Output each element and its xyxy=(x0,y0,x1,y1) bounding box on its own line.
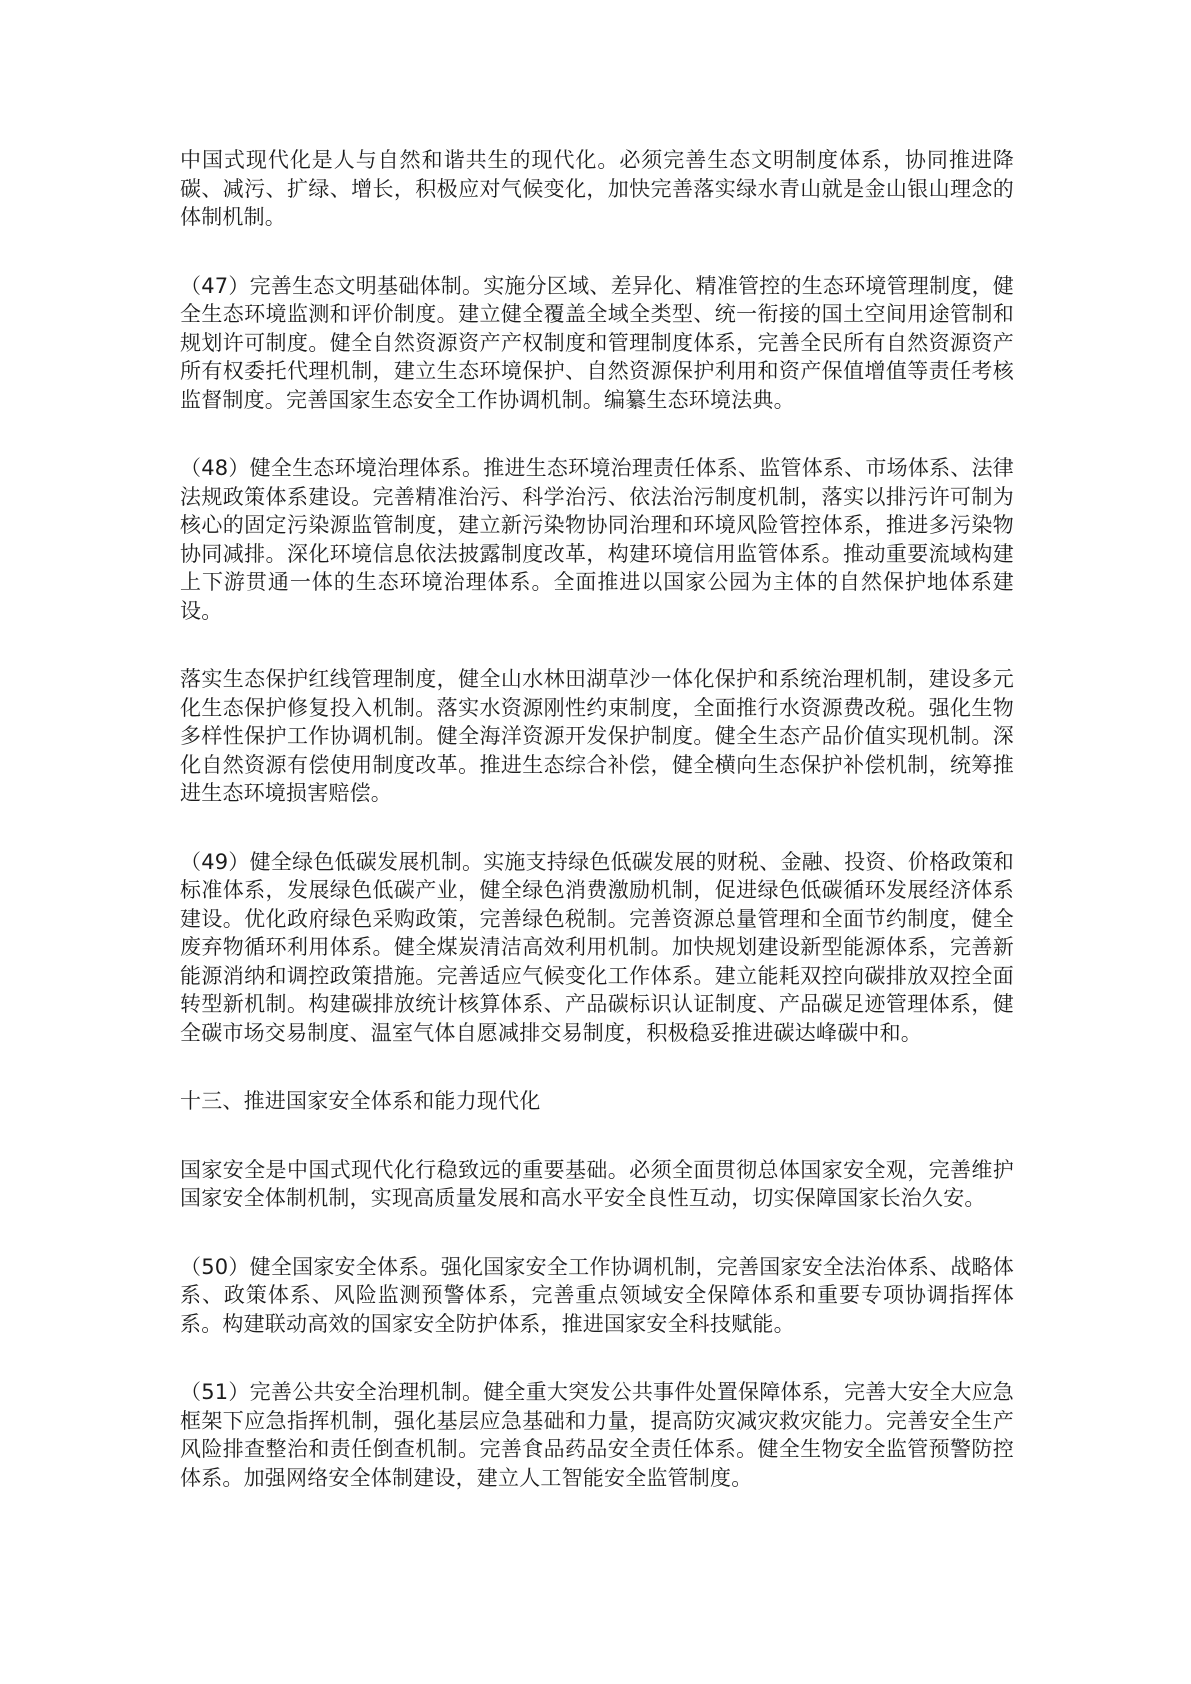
paragraph-47: （47）完善生态文明基础体制。实施分区域、差异化、精准管控的生态环境管理制度，健… xyxy=(180,272,1014,415)
document-page: 中国式现代化是人与自然和谐共生的现代化。必须完善生态文明制度体系，协同推进降碳、… xyxy=(180,146,1014,1532)
paragraph-48: （48）健全生态环境治理体系。推进生态环境治理责任体系、监管体系、市场体系、法律… xyxy=(180,454,1014,625)
paragraph-49: （49）健全绿色低碳发展机制。实施支持绿色低碳发展的财税、金融、投资、价格政策和… xyxy=(180,848,1014,1048)
intro-paragraph-security: 国家安全是中国式现代化行稳致远的重要基础。必须全面贯彻总体国家安全观，完善维护国… xyxy=(180,1156,1014,1213)
intro-paragraph-ecology: 中国式现代化是人与自然和谐共生的现代化。必须完善生态文明制度体系，协同推进降碳、… xyxy=(180,146,1014,232)
section-heading-13: 十三、推进国家安全体系和能力现代化 xyxy=(180,1087,1014,1116)
paragraph-50: （50）健全国家安全体系。强化国家安全工作协调机制，完善国家安全法治体系、战略体… xyxy=(180,1253,1014,1339)
paragraph-48-continued: 落实生态保护红线管理制度，健全山水林田湖草沙一体化保护和系统治理机制，建设多元化… xyxy=(180,665,1014,808)
paragraph-51: （51）完善公共安全治理机制。健全重大突发公共事件处置保障体系，完善大安全大应急… xyxy=(180,1378,1014,1492)
